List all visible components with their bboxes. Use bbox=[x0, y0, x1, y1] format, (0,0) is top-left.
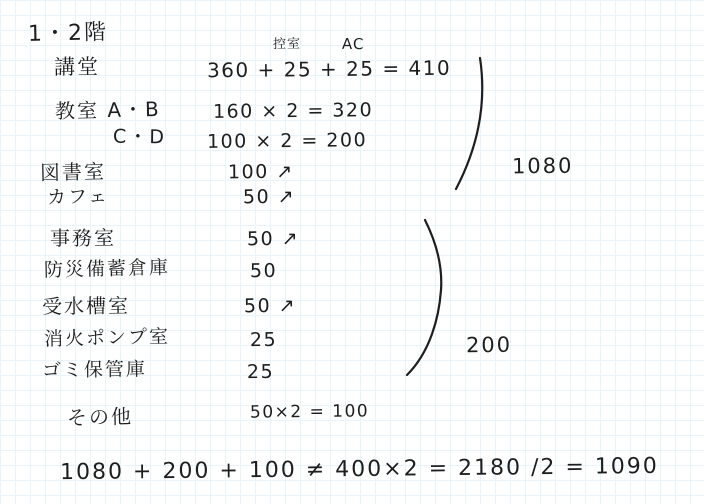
row-label-gomi-hokanko: ゴミ保管庫 bbox=[42, 359, 147, 381]
annotation-ac: AC bbox=[342, 36, 365, 53]
row-value-kyoushitsu-cd: 100 × 2 = 200 bbox=[207, 130, 367, 153]
row-value-bousai-bichiku-souko: 50 bbox=[250, 261, 277, 282]
group2-total: 200 bbox=[466, 334, 512, 358]
row-value-gomi-hokanko: 25 bbox=[247, 362, 274, 383]
handwritten-note-canvas[interactable]: 1・2階 控室 AC 講堂 360 + 25 + 25 = 410 教室 A・B… bbox=[0, 0, 704, 504]
row-label-shouka-pump-shitsu: 消火ポンプ室 bbox=[44, 327, 170, 351]
row-label-jusuisou-shitsu: 受水槽室 bbox=[42, 295, 130, 318]
annotation-hikaeshitsu: 控室 bbox=[273, 38, 301, 53]
row-label-kyoushitsu-ab: 教室 A・B bbox=[55, 98, 161, 122]
row-label-bousai-bichiku-souko: 防災備蓄倉庫 bbox=[44, 258, 170, 282]
row-value-toshoshitsu: 100 ↗ bbox=[228, 162, 294, 184]
row-label-sonota: その他 bbox=[67, 405, 133, 428]
row-label-koudou: 講堂 bbox=[54, 56, 100, 80]
row-label-cafe: カフェ bbox=[47, 186, 109, 208]
row-value-jusuisou-shitsu: 50 ↗ bbox=[244, 296, 296, 317]
row-value-cafe: 50 ↗ bbox=[243, 187, 295, 208]
row-label-kyoushitsu-cd: C・D bbox=[113, 127, 166, 149]
row-label-jimushitsu: 事務室 bbox=[50, 227, 116, 250]
row-value-sonota: 50×2 = 100 bbox=[250, 402, 369, 422]
group1-brace bbox=[456, 58, 482, 189]
final-equation: 1080 + 200 + 100 ≠ 400×2 = 2180 /2 = 109… bbox=[60, 455, 659, 485]
floor-title: 1・2階 bbox=[28, 21, 108, 47]
group2-brace bbox=[407, 220, 441, 375]
group1-total: 1080 bbox=[512, 155, 574, 179]
row-label-toshoshitsu: 図書室 bbox=[40, 160, 106, 183]
row-value-koudou: 360 + 25 + 25 = 410 bbox=[207, 57, 451, 82]
row-value-jimushitsu: 50 ↗ bbox=[247, 229, 299, 250]
row-value-shouka-pump-shitsu: 25 bbox=[250, 330, 277, 351]
row-value-kyoushitsu-ab: 160 × 2 = 320 bbox=[213, 100, 373, 123]
